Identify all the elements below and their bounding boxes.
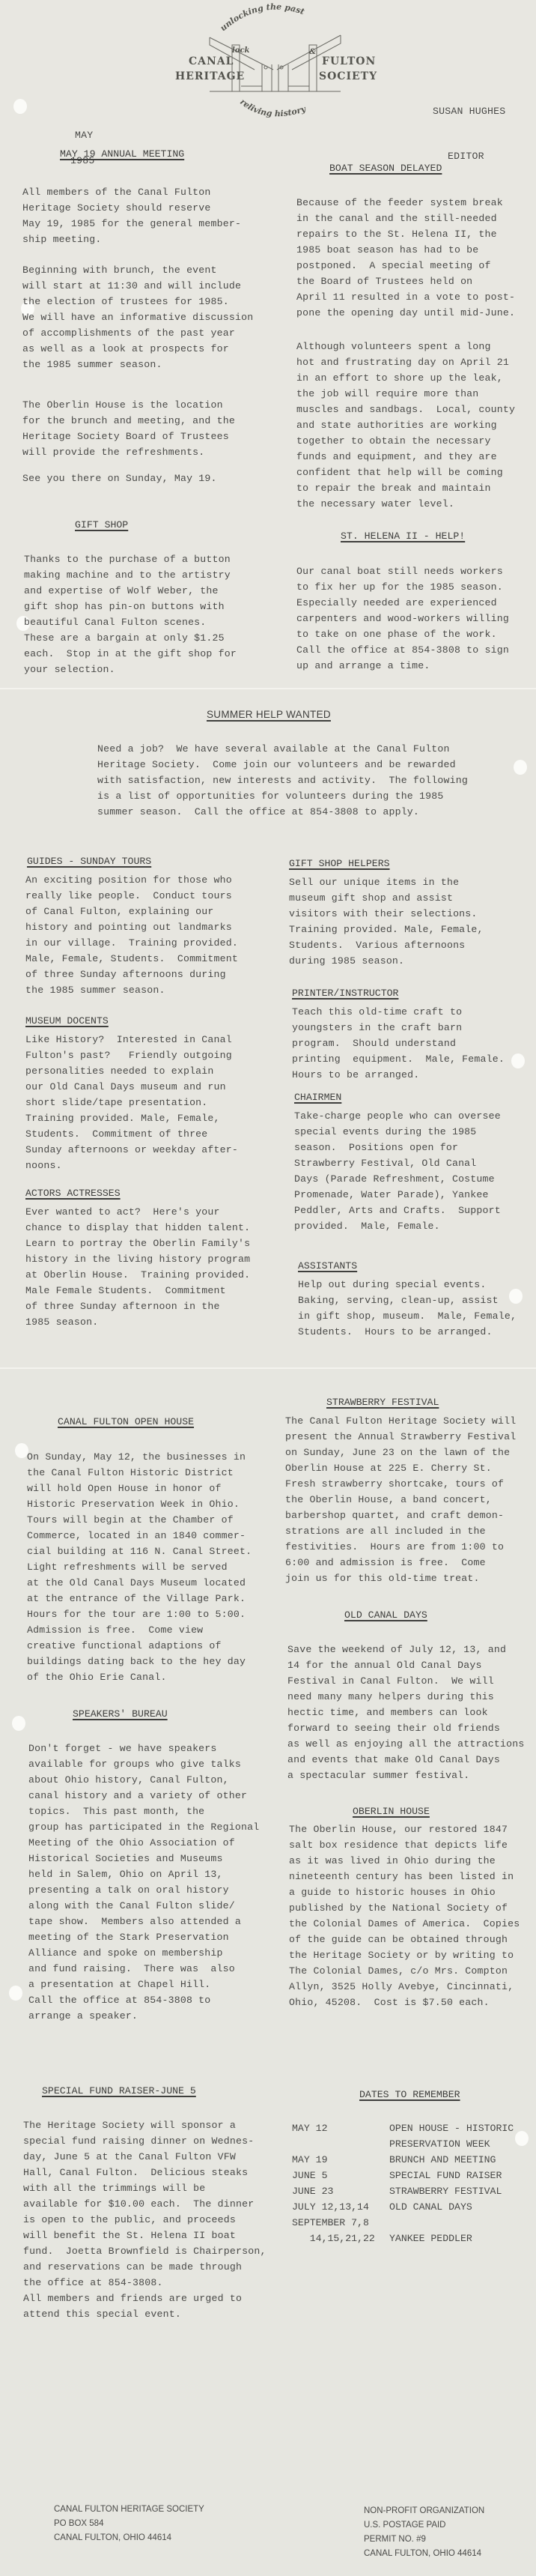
speakers-bureau-body: Don't forget - we have speakers availabl… <box>28 1741 259 2024</box>
logo-word-fulton: FULTON <box>322 55 376 67</box>
logo-word-society: SOCIETY <box>319 70 377 82</box>
punch-hole <box>515 2131 529 2146</box>
date-row: JULY 12,13,14 OLD CANAL DAYS <box>292 2199 514 2215</box>
indicia-line: NON-PROFIT ORGANIZATION <box>364 2504 484 2518</box>
event-cell: STRAWBERRY FESTIVAL <box>389 2183 514 2199</box>
heading-open-house: CANAL FULTON OPEN HOUSE <box>58 1416 194 1427</box>
punch-hole <box>12 1716 25 1731</box>
date-row: MAY 19 BRUNCH AND MEETING <box>292 2152 514 2168</box>
boat-season-para-1: Because of the feeder system break in th… <box>296 195 515 321</box>
heading-dates-to-remember: DATES TO REMEMBER <box>359 2089 460 2100</box>
date-cell: JULY 12,13,14 <box>292 2199 389 2215</box>
event-cell: BRUNCH AND MEETING <box>389 2152 514 2168</box>
job-title-museum-docents: MUSEUM DOCENTS <box>25 1015 109 1027</box>
job-title-chairmen: CHAIRMEN <box>294 1092 341 1103</box>
newsletter-page-1: MAY 1985 SUSAN HUGHES EDITOR unlocking t… <box>0 0 536 688</box>
heading-strawberry-festival: STRAWBERRY FESTIVAL <box>326 1397 439 1408</box>
punch-hole <box>511 1053 525 1068</box>
indicia-line: U.S. POSTAGE PAID <box>364 2518 484 2533</box>
indicia-line: PERMIT NO. #9 <box>364 2533 484 2547</box>
punch-hole <box>13 99 27 114</box>
newsletter-page-3: CANAL FULTON OPEN HOUSE On Sunday, May 1… <box>0 1370 536 2576</box>
date-cell: MAY 19 <box>292 2152 389 2168</box>
job-title-actors: ACTORS ACTRESSES <box>25 1188 121 1199</box>
page-divider <box>0 1367 536 1369</box>
job-title-gift-shop-helpers: GIFT SHOP HELPERS <box>289 858 390 869</box>
boat-season-para-2: Although volunteers spent a long hot and… <box>296 339 515 512</box>
heading-oberlin-house: OBERLIN HOUSE <box>353 1806 430 1817</box>
date-cell: JUNE 23 <box>292 2183 389 2199</box>
annual-meeting-para-4: See you there on Sunday, May 19. <box>22 471 217 486</box>
logo-word-lock: lock <box>232 46 250 55</box>
postage-indicia: NON-PROFIT ORGANIZATION U.S. POSTAGE PAI… <box>364 2504 484 2561</box>
editor-name: SUSAN HUGHES <box>433 103 505 119</box>
job-body-museum-docents: Like History? Interested in Canal Fulton… <box>25 1032 238 1173</box>
heading-old-canal-days: OLD CANAL DAYS <box>344 1609 427 1621</box>
job-title-printer-instructor: PRINTER/INSTRUCTOR <box>292 988 398 999</box>
heading-annual-meeting: MAY 19 ANNUAL MEETING <box>60 148 184 160</box>
job-body-chairmen: Take-charge people who can oversee speci… <box>294 1108 501 1234</box>
event-cell: SPECIAL FUND RAISER <box>389 2168 514 2183</box>
date-cell: SEPTEMBER 7,8 14,15,21,22 <box>292 2215 389 2246</box>
event-cell: YANKEE PEDDLER <box>389 2215 514 2246</box>
open-house-body: On Sunday, May 12, the businesses in the… <box>27 1449 252 1685</box>
job-title-assistants: ASSISTANTS <box>298 1260 357 1272</box>
job-body-printer-instructor: Teach this old-time craft to youngsters … <box>292 1004 505 1083</box>
return-address-line: CANAL FULTON, OHIO 44614 <box>54 2531 204 2545</box>
punch-hole <box>514 760 527 775</box>
st-helena-body: Our canal boat still needs workers to fi… <box>296 563 509 674</box>
date-row: MAY 12 OPEN HOUSE - HISTORIC PRESERVATIO… <box>292 2120 514 2152</box>
annual-meeting-para-2: Beginning with brunch, the event will st… <box>22 262 253 372</box>
issue-month: MAY <box>75 127 93 143</box>
event-cell: OLD CANAL DAYS <box>389 2199 514 2215</box>
logo-word-canal: CANAL <box>189 55 234 67</box>
logo-word-heritage: HERITAGE <box>175 70 245 82</box>
annual-meeting-para-1: All members of the Canal Fulton Heritage… <box>22 184 241 247</box>
editor-title: EDITOR <box>448 148 484 164</box>
date-cell: MAY 12 <box>292 2120 389 2152</box>
date-row: JUNE 23 STRAWBERRY FESTIVAL <box>292 2183 514 2199</box>
summer-help-intro: Need a job? We have several available at… <box>97 741 468 820</box>
oberlin-house-body: The Oberlin House, our restored 1847 sal… <box>289 1821 520 2010</box>
return-address: CANAL FULTON HERITAGE SOCIETY PO BOX 584… <box>54 2503 204 2545</box>
job-body-gift-shop-helpers: Sell our unique items in the museum gift… <box>289 874 484 969</box>
society-logo: unlocking the past reliving history <box>172 0 352 135</box>
strawberry-festival-body: The Canal Fulton Heritage Society will p… <box>285 1413 516 1586</box>
gift-shop-body: Thanks to the purchase of a button makin… <box>24 551 237 677</box>
annual-meeting-para-3: The Oberlin House is the location for th… <box>22 397 235 460</box>
punch-hole <box>9 1986 22 2001</box>
date-cell: JUNE 5 <box>292 2168 389 2183</box>
heading-st-helena-help: ST. HELENA II - HELP! <box>341 530 465 542</box>
date-row: SEPTEMBER 7,8 14,15,21,22 YANKEE PEDDLER <box>292 2215 514 2246</box>
event-cell: OPEN HOUSE - HISTORIC PRESERVATION WEEK <box>389 2120 514 2152</box>
job-body-assistants: Help out during special events. Baking, … <box>298 1277 517 1340</box>
return-address-line: CANAL FULTON HERITAGE SOCIETY <box>54 2503 204 2517</box>
job-body-actors: Ever wanted to act? Here's your chance t… <box>25 1204 250 1330</box>
canal-lock-gates-icon: unlocking the past reliving history <box>172 0 352 135</box>
job-title-guides: GUIDES - SUNDAY TOURS <box>27 856 151 867</box>
heading-boat-season-delayed: BOAT SEASON DELAYED <box>329 163 442 174</box>
return-address-line: PO BOX 584 <box>54 2517 204 2531</box>
svg-text:reliving history: reliving history <box>238 97 308 118</box>
heading-fund-raiser: SPECIAL FUND RAISER-JUNE 5 <box>42 2085 196 2096</box>
indicia-line: CANAL FULTON, OHIO 44614 <box>364 2547 484 2561</box>
job-body-guides: An exciting position for those who reall… <box>25 872 238 998</box>
logo-ampersand: & <box>309 48 316 56</box>
heading-gift-shop: GIFT SHOP <box>75 519 128 530</box>
old-canal-days-body: Save the weekend of July 12, 13, and 14 … <box>287 1642 524 1783</box>
date-row: JUNE 5 SPECIAL FUND RAISER <box>292 2168 514 2183</box>
dates-table: MAY 12 OPEN HOUSE - HISTORIC PRESERVATIO… <box>292 2120 514 2246</box>
svg-text:unlocking the past: unlocking the past <box>219 2 306 34</box>
fund-raiser-body: The Heritage Society will sponsor a spec… <box>23 2117 267 2322</box>
heading-speakers-bureau: SPEAKERS' BUREAU <box>73 1708 168 1720</box>
newsletter-page-2: SUMMER HELP WANTED Need a job? We have s… <box>0 689 536 1367</box>
heading-summer-help-wanted: SUMMER HELP WANTED <box>207 709 331 720</box>
